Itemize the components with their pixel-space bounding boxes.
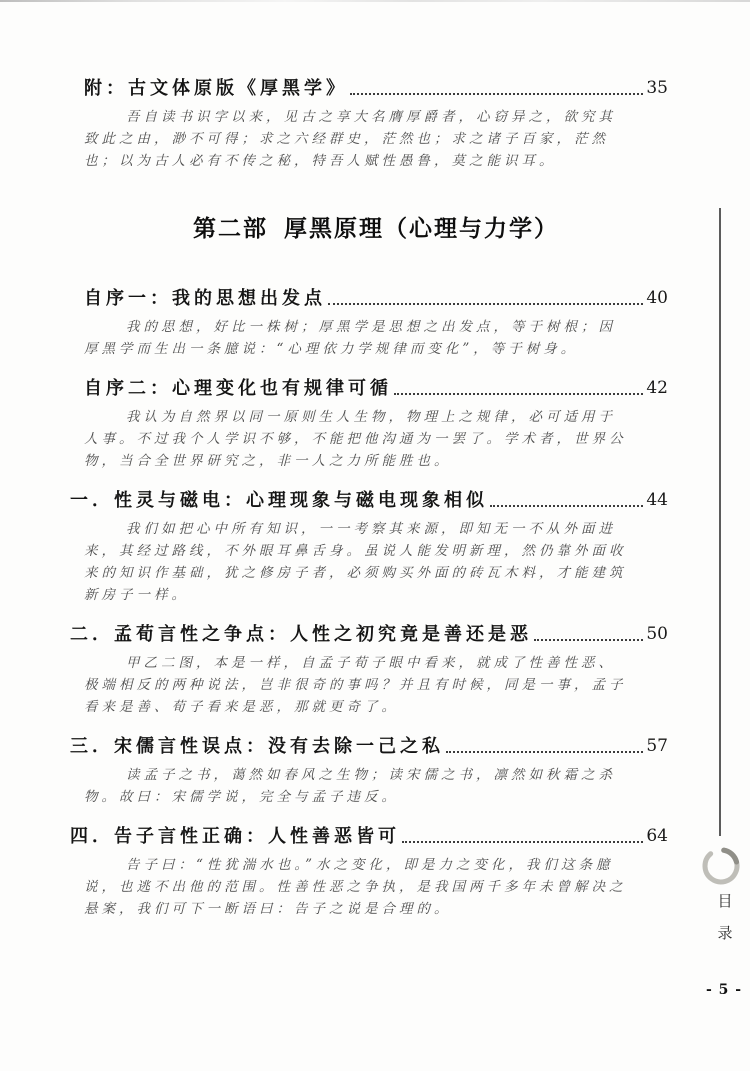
toc-entry-head: 附：古文体原版《厚黑学》 35	[84, 76, 668, 100]
toc-content: 附：古文体原版《厚黑学》 35 吾自读书识字以来，见古之享大名膺厚爵者，心窃异之…	[84, 76, 668, 936]
toc-entry: 自序二：心理变化也有规律可循 42 我认为自然界以同一原则生人生物，物理上之规律…	[84, 376, 668, 472]
toc-entry-page: 35	[646, 76, 668, 100]
dotted-leader	[534, 639, 643, 641]
toc-entry: 四．告子言性正确：人性善恶皆可 64 告子曰：“性犹湍水也。”水之变化，即是力之…	[84, 824, 668, 920]
dotted-leader	[394, 393, 643, 395]
toc-entry-page: 57	[646, 734, 668, 758]
toc-entry-title: 一．性灵与磁电：心理现象与磁电现象相似	[70, 488, 488, 512]
toc-entry-excerpt: 甲乙二图，本是一样，自孟子荀子眼中看来，就成了性善性恶、极端相反的两种说法，岂非…	[84, 652, 632, 718]
toc-entry: 自序一：我的思想出发点 40 我的思想，好比一株树；厚黑学是思想之出发点，等于树…	[84, 286, 668, 360]
toc-entry-excerpt: 告子曰：“性犹湍水也。”水之变化，即是力之变化，我们这条臆说，也逃不出他的范围。…	[84, 854, 632, 920]
toc-entry-page: 40	[646, 286, 668, 310]
toc-entry-head: 自序一：我的思想出发点 40	[84, 286, 668, 310]
part-label: 第二部	[193, 215, 268, 241]
chapter-tab-char: 录	[716, 922, 734, 943]
dotted-leader	[402, 841, 643, 843]
toc-entry-excerpt: 吾自读书识字以来，见古之享大名膺厚爵者，心窃异之，欲究其致此之由，渺不可得；求之…	[84, 106, 632, 172]
toc-entry-page: 50	[646, 622, 668, 646]
toc-entry: 附：古文体原版《厚黑学》 35 吾自读书识字以来，见古之享大名膺厚爵者，心窃异之…	[84, 76, 668, 172]
toc-entry-excerpt: 我的思想，好比一株树；厚黑学是思想之出发点，等于树根；因厚黑学而生出一条臆说：“…	[84, 316, 632, 360]
toc-entry-page: 64	[646, 824, 668, 848]
toc-entry-title: 自序一：我的思想出发点	[84, 286, 326, 310]
margin-rule-line	[719, 208, 721, 836]
toc-entry-head: 自序二：心理变化也有规律可循 42	[84, 376, 668, 400]
toc-entry-title: 自序二：心理变化也有规律可循	[84, 376, 392, 400]
chapter-tab-char: 目	[716, 890, 734, 911]
toc-entry-head: 四．告子言性正确：人性善恶皆可 64	[70, 824, 668, 848]
toc-entry-title: 附：古文体原版《厚黑学》	[84, 76, 348, 100]
part-heading: 第二部厚黑原理（心理与力学）	[84, 212, 668, 244]
dotted-leader	[490, 505, 643, 507]
toc-entry-head: 三．宋儒言性误点：没有去除一己之私 57	[70, 734, 668, 758]
toc-entry-excerpt: 我认为自然界以同一原则生人生物，物理上之规律，必可适用于人事。不过我个人学识不够…	[84, 406, 632, 472]
brush-circle-mark	[698, 843, 746, 894]
toc-entry-title: 四．告子言性正确：人性善恶皆可	[70, 824, 400, 848]
toc-entry-title: 三．宋儒言性误点：没有去除一己之私	[70, 734, 444, 758]
toc-entry-excerpt: 我们如把心中所有知识，一一考察其来源，即知无一不从外面进来，其经过路线，不外眼耳…	[84, 518, 632, 606]
toc-entry-excerpt: 读孟子之书，蔼然如春风之生物；读宋儒之书，凛然如秋霜之杀物。故曰：宋儒学说，完全…	[84, 764, 632, 808]
toc-entry-title: 二．孟荀言性之争点：人性之初究竟是善还是恶	[70, 622, 532, 646]
brush-circle-icon	[698, 843, 746, 889]
book-toc-page: 附：古文体原版《厚黑学》 35 吾自读书识字以来，见古之享大名膺厚爵者，心窃异之…	[0, 0, 750, 1071]
chapter-tab: 目 录	[716, 890, 734, 954]
toc-entry: 三．宋儒言性误点：没有去除一己之私 57 读孟子之书，蔼然如春风之生物；读宋儒之…	[84, 734, 668, 808]
part-title: 厚黑原理（心理与力学）	[284, 215, 559, 241]
dotted-leader	[350, 93, 643, 95]
toc-entry-page: 44	[646, 488, 668, 512]
toc-entry: 二．孟荀言性之争点：人性之初究竟是善还是恶 50 甲乙二图，本是一样，自孟子荀子…	[84, 622, 668, 718]
toc-entry-page: 42	[646, 376, 668, 400]
toc-entry-head: 一．性灵与磁电：心理现象与磁电现象相似 44	[70, 488, 668, 512]
page-number: - 5 -	[700, 982, 748, 998]
dotted-leader	[446, 751, 643, 753]
scan-artifact-line	[0, 0, 750, 2]
toc-entry: 一．性灵与磁电：心理现象与磁电现象相似 44 我们如把心中所有知识，一一考察其来…	[84, 488, 668, 606]
dotted-leader	[328, 303, 643, 305]
toc-entry-head: 二．孟荀言性之争点：人性之初究竟是善还是恶 50	[70, 622, 668, 646]
